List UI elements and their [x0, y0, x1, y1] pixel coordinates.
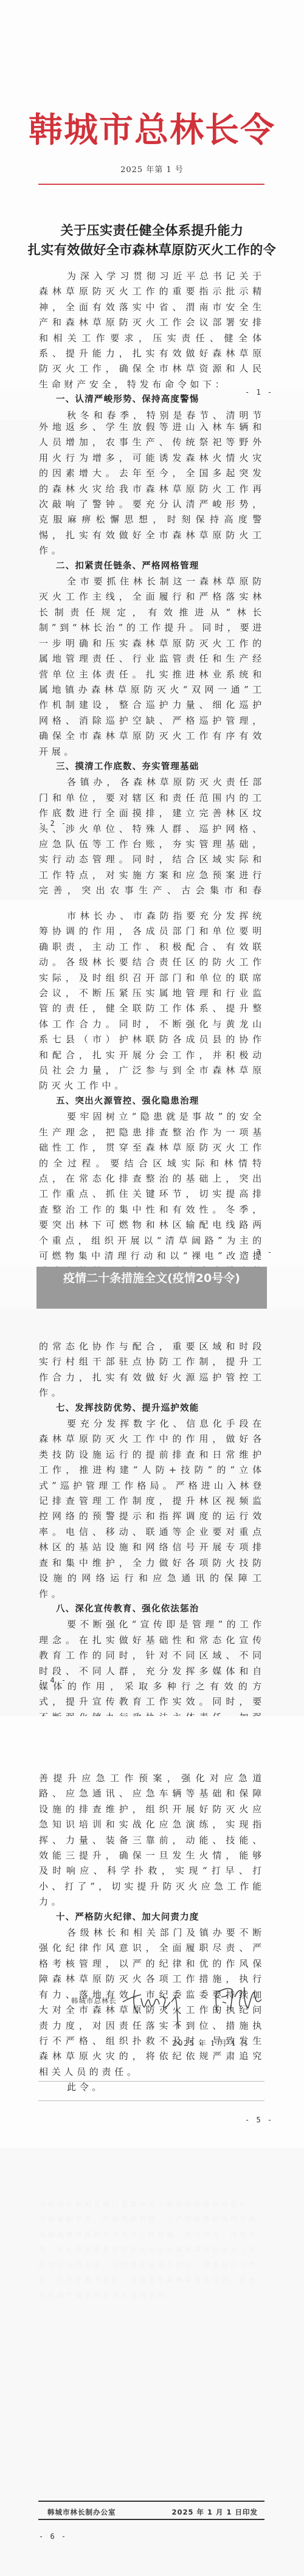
signature-1-icon: [122, 1984, 188, 2029]
page-5: 善提升应急工作预案，强化对应急道路、应急通讯、应急车辆等基础和保障设施的排查维护…: [0, 1716, 304, 2148]
section-heading-1: 一、认清严峻形势、保持高度警惕: [39, 392, 265, 407]
page-number-3: - 3 -: [245, 1248, 273, 1256]
signing-date: 2025 年 1 月 1 日: [172, 2037, 249, 2048]
section-2-body: 全市要抓住林长制这一森林草原防灭火工作主线，全面履行和严格落实林长制责任规定，有…: [39, 574, 265, 760]
page-2: 外地返乡、学生放假等进山入林车辆和人员增加，农事生产、传统祭祀等野外用火行为增多…: [0, 420, 304, 900]
faint-imprint-rule-bottom: [38, 2100, 264, 2101]
page-number-6: - 6 -: [39, 2532, 67, 2541]
overlay-title-banner[interactable]: 疫情二十条措施全文(疫情20号令): [36, 1267, 267, 1309]
section-heading-10: 十、严格防火纪律、加大问责力度: [39, 1910, 265, 1925]
page-4: 的常态化协作与配合，重要区域和时段实行村组干部驻点协防工作制，提升工作合力，扎实…: [0, 1309, 304, 1716]
section-heading-3: 三、摸清工作底数、夯实管理基础: [39, 760, 265, 775]
page-number-2: - 2 -: [39, 819, 67, 828]
masthead-red-rule: [38, 184, 264, 185]
imprint-row: 韩城市林长制办公室 2025 年 1 月 1 日印发: [47, 2507, 258, 2517]
document-number: 2025 年第 1 号: [0, 163, 304, 175]
faint-imprint-rule-top: [38, 2081, 264, 2082]
section-4-body: 市林长办、市森防指要充分发挥统筹协调的作用，各成员部门和单位要明确职责，主动工作…: [39, 909, 265, 1094]
section-heading-8: 八、深化宣传教育、强化依法惩治: [39, 1602, 265, 1617]
page-number-5: - 5 -: [245, 2116, 273, 2124]
bleed-through-text: 各级林长和相关部门及镇办要不断强化纪律作风意识，全面履职尽责、严格考核管理，以严…: [39, 2197, 265, 2303]
signature-label: 韩城市总林长: [71, 1996, 117, 2006]
masthead-title: 韩城市总林长令: [0, 103, 304, 152]
imprint-rule-top: [38, 2501, 264, 2502]
page-1: 韩城市总林长令 2025 年第 1 号 关于压实责任健全体系提升能力 扎实有效做…: [0, 0, 304, 389]
page-number-4: - 4 -: [39, 1676, 67, 1684]
section-heading-5: 五、突出火源管控、强化隐患治理: [39, 1094, 265, 1109]
document-title-line-2: 扎实有效做好全市森林草原防灭火工作的令: [0, 240, 304, 260]
imprint-rule-bottom: [38, 2519, 264, 2520]
signature-2-icon: [213, 1979, 268, 2021]
section-6-body-part-2: 的常态化协作与配合，重要区域和时段实行村组干部驻点协防工作制，提升工作合力，扎实…: [39, 1339, 265, 1401]
document-title-line-1: 关于压实责任健全体系提升能力: [0, 221, 304, 240]
page-3: 市林长办、市森防指要充分发挥统筹协调的作用，各成员部门和单位要明确职责，主动工作…: [0, 900, 304, 1265]
page-6: 各级林长和相关部门及镇办要不断强化纪律作风意识，全面履职尽责、严格考核管理，以严…: [0, 2148, 304, 2576]
page-number-1: - 1 -: [245, 388, 273, 396]
section-heading-7: 七、发挥技防优势、提升巡护效能: [39, 1401, 265, 1416]
closing-statement: 此令。: [39, 2080, 265, 2095]
section-heading-2: 二、扣紧责任链条、严格网格管理: [39, 559, 265, 574]
imprint-date: 2025 年 1 月 1 日印发: [171, 2507, 258, 2517]
section-1-body-part-2: 外地返乡、学生放假等进山入林车辆和人员增加，农事生产、传统祭祀等野外用火行为增多…: [39, 420, 265, 559]
section-7-body: 要充分发挥数字化、信息化手段在森林草原防灭火工作中的作用，做好各类技防设施运行的…: [39, 1416, 265, 1602]
intro-paragraph: 为深入学习贯彻习近平总书记关于森林草原防灭火工作的重要指示批示精神，全面有效落实…: [39, 269, 265, 392]
section-9-body-part-2: 善提升应急工作预案，强化对应急道路、应急通讯、应急车辆等基础和保障设施的排查维护…: [39, 1771, 265, 1910]
imprint-issuer: 韩城市林长制办公室: [47, 2507, 116, 2517]
